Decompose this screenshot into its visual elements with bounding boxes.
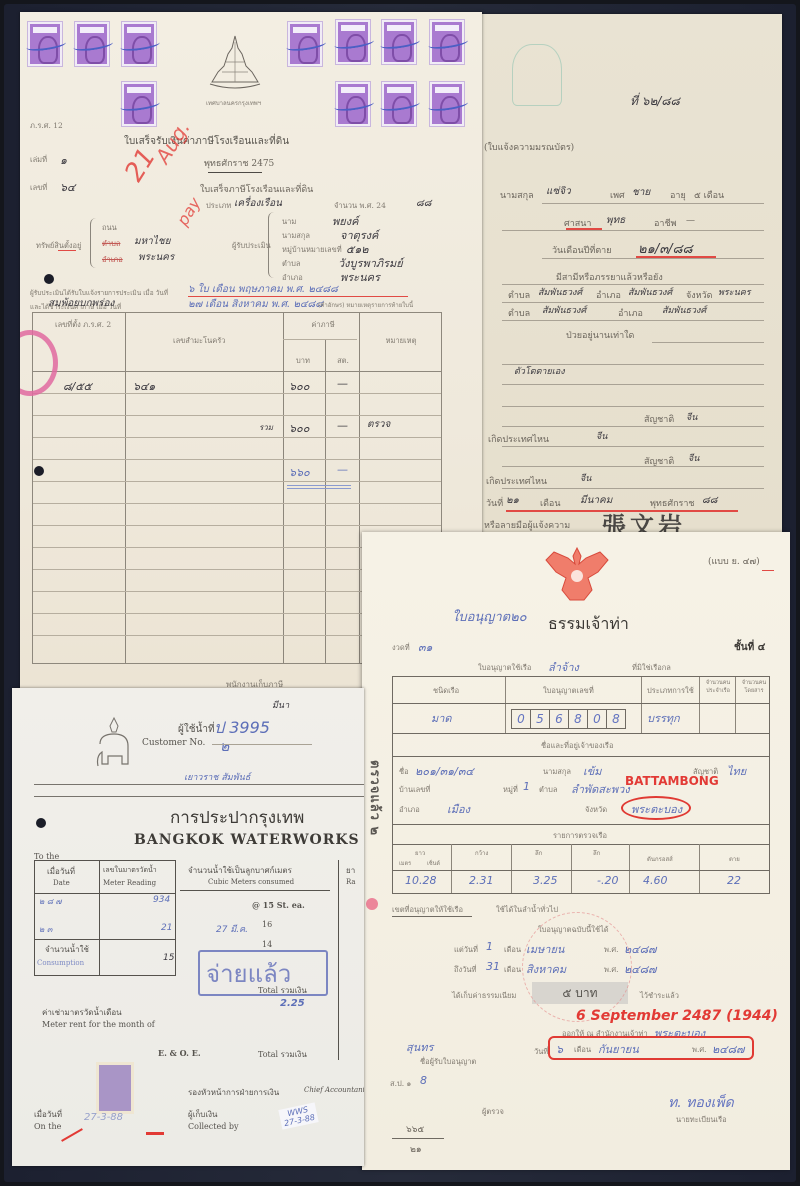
col-licence-no: ใบอนุญาตเลขที่ [543, 685, 594, 697]
licence-digit: 5 [530, 709, 550, 729]
form-line [502, 426, 764, 427]
licence-digit: 0 [587, 709, 607, 729]
use-type-value: บรรทุก [647, 709, 680, 727]
signature-label: หรือลายมือผู้แจ้งความ [484, 518, 570, 532]
category-label: ประเภท [206, 200, 231, 212]
age-value: ๕ เดือน [694, 188, 724, 202]
class-label: ชั้นที่ ๔ [734, 640, 765, 655]
issue-month: กันยายน [598, 1040, 639, 1058]
row-ref: ๘/๕๕ [63, 377, 92, 395]
collector-label-th: ผู้เก็บเงิน [188, 1108, 217, 1121]
col-meter-en: Meter Reading [103, 879, 156, 887]
column-divider [125, 313, 126, 663]
row-satang: — [337, 377, 348, 390]
officer-label: นายทะเบียนเรือ [676, 1114, 727, 1126]
owner-section: ชื่อและที่อยู่เจ้าของเรือ ชื่อ ๒๐๑/๓๑/๓๔… [392, 734, 770, 894]
postage-stamp [96, 1062, 134, 1114]
column-divider [283, 313, 284, 663]
col-meter-th: เลขในมาตรวัดน้ำ [103, 865, 157, 876]
total2-label: Total รวมเงิน [258, 1048, 307, 1061]
section-divider [393, 844, 769, 845]
revenue-stamp [75, 22, 109, 66]
owner-tambon-label: ตำบล [539, 784, 557, 796]
total-label-th: รวมเงิน [281, 986, 307, 995]
row-total-label: รวม [259, 421, 273, 434]
chief-accountant-th: รองหัวหน้าการฝ่ายการเงิน [188, 1086, 279, 1099]
age-label: อายุ [670, 188, 686, 202]
row-divider [33, 481, 441, 482]
nationality-value: จีน [688, 451, 699, 465]
holder-signature: สุนทร [406, 1038, 433, 1056]
form-line [542, 258, 764, 259]
rate-line: @ 15 St. ea. [252, 900, 305, 910]
year-underline [208, 172, 262, 173]
divider [34, 784, 364, 785]
red-annotation-date: 6 September 2487 (1944) [576, 1008, 778, 1024]
document-title: ใบเสร็จรับเงินค่าภาษีโรงเรือนและที่ดิน [124, 134, 289, 149]
form-line [502, 406, 764, 407]
row-total-baht: ๖๐๐ [289, 419, 309, 437]
class-value: ๔ [758, 642, 766, 653]
licence-number-boxes: 056808 [511, 708, 625, 729]
officer-signature: ท. ทองเพ็ด [668, 1092, 734, 1114]
amphoe-value: สัมพันธวงศ์ [662, 303, 706, 317]
col-crew: จำนวนคนประจำเรือ [701, 679, 735, 695]
reading-date: ๒ ๘ ๗ [39, 895, 62, 908]
payer-amphoe-value: พระนคร [340, 268, 380, 286]
number-label: เลขที่ [30, 182, 47, 194]
to-month-label: เดือน [504, 964, 521, 976]
col-rate-th: ยา [346, 864, 355, 877]
column-divider [359, 313, 360, 663]
col-width: กว้าง [475, 848, 488, 858]
section-divider [393, 870, 769, 871]
form-line [502, 384, 764, 385]
pink-ink-mark [366, 898, 378, 910]
payer-tambon-label: ตำบล [282, 258, 300, 270]
fee-suffix: ไว้ชำระแล้ว [640, 990, 679, 1002]
to-day: 31 [486, 960, 500, 973]
fee-label: ได้เก็บค่าธรรมเนียม [452, 990, 516, 1002]
licence-digit: 8 [606, 709, 626, 729]
from-label: แต่วันที่ [454, 944, 478, 956]
province-value: พระนคร [718, 285, 751, 299]
owner-house-label: บ้านเลขที่ [399, 784, 430, 796]
licence-digit: 8 [568, 709, 588, 729]
consumption-value: 15 [163, 953, 174, 963]
column-header-tax: ค่าภาษี [311, 319, 334, 331]
column-divider [325, 339, 326, 663]
inspector-label: ผู้ตรวจ [482, 1106, 504, 1118]
date-label-en: On the [34, 1122, 61, 1131]
elephant-emblem-icon [94, 716, 134, 774]
department-title: ธรรมเจ้าท่า [548, 612, 629, 637]
notice-date-value: ๖ ใบ เดือน พฤษภาคม พ.ศ. ๒๔๘๘ [188, 282, 338, 297]
total2-label-th: รวมเงิน [281, 1050, 307, 1059]
consumption-label-en: Consumption [37, 959, 84, 967]
col-use-type: ประเภทการใช้ [647, 685, 694, 697]
total-value: 2.25 [280, 998, 305, 1009]
title-thai: การประปากรุงเทพ [170, 804, 304, 831]
seal-caption: เทศบาลนครกรุงเทพฯ [206, 98, 261, 108]
print-note: (คำอักษร) หมายเหตุรายการท้ายใบนี้ [318, 300, 413, 310]
punch-hole [34, 466, 44, 476]
birth-country-label: เกิดประเทศไหน [488, 432, 549, 446]
year-line: พุทธศักราช 2475 [204, 156, 274, 170]
vertical-side-stamp: ตรวจแล้ว ๒ [364, 760, 385, 836]
issue-date-label: วันที่ [534, 1046, 548, 1058]
meter-rent-en: Meter rent for the month of [42, 1020, 155, 1029]
owner-amphoe-label: อำเภอ [399, 804, 420, 816]
col-date-en: Date [53, 879, 70, 887]
date-year-value: ๘๘ [702, 493, 717, 508]
religion-value: พุทธ [606, 213, 625, 228]
col-dead: ตาย [729, 854, 740, 864]
customer-note: ๒ [220, 736, 229, 758]
amphoe-label: อำเภอ [618, 306, 643, 320]
red-annotation-note: pay [173, 194, 205, 229]
permit-suffix: ที่มิใช่เรือกล [632, 662, 671, 674]
form-line [502, 230, 764, 231]
measure-draft: -.20 [597, 874, 618, 887]
form-code: (แบบ ย. ๔๗) [708, 554, 760, 568]
double-underline [287, 485, 351, 486]
collector-label-en: Collected by [188, 1122, 239, 1131]
red-underline [58, 250, 76, 251]
chief-accountant-en: Chief Accountant [304, 1086, 364, 1094]
reference-note: ที่ ๖๒/๘๘ [630, 92, 680, 111]
total-label-en: Total [258, 986, 278, 995]
double-underline [287, 488, 351, 489]
total-label: Total รวมเงิน [258, 984, 307, 997]
tax-year-label: จำนวน พ.ศ. 24 [334, 200, 386, 212]
revenue-stamp [430, 82, 464, 126]
illness-duration-label: ป่วยอยู่นานเท่าใด [566, 328, 634, 342]
tax-year-value: ๘๘ [416, 196, 431, 211]
customer-label-en: Customer No. [142, 738, 205, 748]
owner-tambon-value: ลำพัดสะพวง [571, 780, 630, 798]
licence-digit: 6 [549, 709, 569, 729]
unit-cm: เซ็นต์ [427, 860, 440, 868]
series-label: งวดที่ [392, 642, 410, 654]
column-divider [699, 844, 700, 893]
fraction-line [392, 1138, 444, 1139]
revenue-stamp [336, 82, 370, 126]
eoe-label: E. & O. E. [158, 1048, 201, 1058]
row-divider [35, 939, 175, 940]
issue-day: ๖ [556, 1040, 563, 1058]
col-gross-ton: ดันกรอสส์ [647, 854, 673, 864]
permit-label: ใบอนุญาตใช้เรือ [478, 662, 531, 674]
row-grand-baht: ๖๖๐ [289, 463, 310, 481]
customer-label-th: ผู้ใช้น้ำที่ [178, 722, 215, 737]
column-divider [699, 677, 700, 733]
payer-label: ผู้รับประเมิน [232, 240, 271, 252]
section-divider [393, 756, 769, 757]
revenue-stamp [430, 20, 464, 64]
row-divider [33, 459, 441, 460]
measure-length: 10.28 [405, 874, 437, 887]
tambon-value: มหาไชย [134, 234, 170, 249]
reading-value: 934 [153, 895, 170, 905]
meter-rent-th: ค่าเช่ามาตรวัดน้ำเดือน [42, 1006, 122, 1019]
province-label: จังหวัด [686, 288, 713, 302]
readings-table: เมื่อวันที่ Date เลขในมาตรวัดน้ำ Meter R… [34, 860, 176, 976]
amphoe-value: พระนคร [138, 250, 174, 265]
header-divider [393, 703, 769, 704]
title-english: BANGKOK WATERWORKS [134, 832, 360, 848]
code-label: ส.ป. ๑ [390, 1078, 411, 1090]
row-divider [33, 415, 441, 416]
consumption-label-th: จำนวนน้ำใช้ [45, 943, 89, 956]
column-divider [505, 677, 506, 733]
owner-moo-label: หมู่ที่ [503, 784, 518, 796]
col-rate-en: Ra [346, 878, 356, 886]
revenue-stamp [122, 82, 156, 126]
collector-sticker: WWS 27-3-88 [278, 1102, 319, 1129]
brace [90, 218, 98, 268]
number-value: ๖๔ [60, 178, 75, 196]
date-month-label: เดือน [540, 496, 560, 510]
valid-area-label: เขตที่อนุญาตให้ใช้เรือ [392, 904, 463, 916]
watermark-seal-icon [512, 44, 562, 106]
revenue-stamp [28, 22, 62, 66]
measure-dead: 22 [727, 874, 741, 887]
from-month-label: เดือน [504, 944, 521, 956]
book-no-value: ๑ [60, 151, 67, 169]
nationality-label: สัญชาติ [644, 412, 674, 426]
column-header-satang: สต. [337, 355, 349, 367]
column-header-census: เลขสำมะโนครัว [173, 335, 225, 347]
series-value: ๓๑ [418, 638, 433, 656]
row-note-check: ตรวจ [367, 417, 390, 432]
row-total-satang: — [337, 419, 348, 432]
header-divider [180, 890, 330, 891]
fraction-bottom: ๒๑ [410, 1142, 422, 1156]
rate-line: 14 [262, 940, 272, 949]
owner-name-label: ชื่อ [399, 766, 409, 778]
birth-country-value: จีน [580, 471, 591, 485]
owner-amphoe-value: เมือง [447, 800, 470, 818]
licence-header-table: ชนิดเรือ ใบอนุญาตเลขที่ ประเภทการใช้ จำน… [392, 676, 770, 734]
tambon-value: สัมพันธวงศ์ [542, 303, 586, 317]
licence-digit: 0 [511, 709, 531, 729]
revenue-stamp [122, 22, 156, 66]
red-dash-mark [146, 1132, 164, 1135]
measure-gross-ton: 4.60 [643, 874, 668, 887]
valid-area-value: ใช้ได้ในลำน้ำทั่วไป [496, 904, 558, 916]
boat-type-value: มาด [431, 709, 452, 727]
section-divider [393, 824, 769, 825]
top-note: มีนา [272, 698, 289, 712]
column-divider [629, 844, 630, 893]
owner-province-value: พระตะบอง [631, 800, 682, 818]
col-cubic-th: จำนวนน้ำใช้เป็นลูกบาศก์เมตร [188, 864, 292, 877]
revenue-stamp [382, 82, 416, 126]
owner-province-label: จังหวัด [585, 804, 607, 816]
reading-date: ๒ ๓ [39, 923, 52, 936]
red-arrow-icon [61, 1128, 83, 1142]
header-divider [33, 371, 441, 372]
chinese-signature: 張文岩 [602, 506, 686, 534]
column-divider [451, 844, 452, 893]
from-day: 1 [486, 940, 493, 953]
sex-value: ชาย [632, 185, 650, 200]
road-label: ถนน [102, 222, 117, 234]
amphoe-label: อำเภอ [102, 254, 123, 266]
form-code: ภ.ร.ศ. 12 [30, 120, 63, 132]
column-divider [571, 844, 572, 893]
col-cubic-en: Cubic Meters consumed [208, 878, 294, 886]
row-divider [33, 437, 441, 438]
column-divider [735, 677, 736, 733]
red-annotation-province: BATTAMBONG [625, 774, 719, 788]
fraction-top: ๖๖๕ [406, 1122, 424, 1136]
measure-width: 2.31 [469, 874, 494, 887]
birth-country-value: จีน [596, 429, 607, 443]
permit-value: ลำจ้าง [548, 658, 579, 676]
row-divider [33, 525, 441, 526]
col-depth: ลึก [535, 848, 542, 858]
amphoe-value: สัมพันธวงศ์ [628, 285, 672, 299]
column-header-ref: เลขที่ตั้ง ภ.ร.ศ. 2 [55, 319, 111, 331]
garuda-emblem-icon [542, 546, 612, 606]
birth-country-label: เกิดประเทศไหน [486, 474, 547, 488]
column-divider [338, 860, 339, 1060]
issue-year-label: พ.ศ. [692, 1044, 706, 1056]
column-divider [641, 677, 642, 733]
nationality-value: จีน [686, 410, 697, 424]
punch-hole [44, 274, 54, 284]
col-draft: ลึก [593, 848, 600, 858]
owner-moo-value: 1 [523, 780, 530, 793]
to-label: ถึงวันที่ [454, 964, 477, 976]
tambon-value: สัมพันธวงศ์ [538, 285, 582, 299]
total2-label-en: Total [258, 1050, 278, 1059]
col-passengers: จำนวนคนโดยสาร [737, 679, 771, 695]
amphoe-label: อำเภอ [596, 288, 621, 302]
reading-value: 21 [161, 923, 172, 933]
owner-surname-label: นามสกุล [543, 766, 571, 778]
handwritten-header: ใบอนุญาต๒๐ [452, 606, 527, 627]
col-length: ยาว [415, 848, 425, 858]
unit-meter: เมตร [399, 860, 411, 868]
subtitle: ใบเสร็จภาษีโรงเรือนและที่ดิน [200, 182, 313, 196]
date-label-th: เมื่อวันที่ [34, 1108, 62, 1121]
revenue-stamp [288, 22, 322, 66]
form-line [502, 488, 764, 489]
sex-label: เพศ [610, 188, 625, 202]
form-line [502, 466, 764, 467]
class-label-text: ชั้นที่ [734, 642, 754, 653]
column-header-baht: บาท [296, 355, 310, 367]
marital-label: มีสามีหรือภรรยาแล้วหรือยัง [556, 270, 663, 284]
collector-signature: สมพ้อยบกพร่อง [48, 296, 114, 311]
subheader-divider [283, 339, 357, 340]
brace [268, 212, 276, 278]
column-header-note: หมายเหตุ [386, 335, 417, 347]
revenue-stamp [382, 20, 416, 64]
row-divider [33, 393, 441, 394]
owner-surname-value: เข้ม [583, 762, 602, 780]
col-boat-type: ชนิดเรือ [433, 685, 459, 697]
book-no-label: เล่มที่ [30, 154, 47, 166]
column-divider [99, 861, 100, 975]
column-divider [511, 844, 512, 893]
payer-surname-label: นามสกุล [282, 230, 310, 242]
cause-value: ตัวโตตายเอง [514, 364, 565, 378]
boat-licence-document: (แบบ ย. ๔๗) ใบอนุญาต๒๐ ธรรมเจ้าท่า งวดที… [362, 532, 790, 1170]
payer-name-label: นาม [282, 216, 296, 228]
form-line [542, 203, 764, 204]
col-date-th: เมื่อวันที่ [47, 865, 75, 878]
issue-year: ๒๔๘๗ [712, 1040, 744, 1058]
tambon-label: ตำบล [508, 288, 530, 302]
punch-hole [36, 818, 46, 828]
owner-name-value: ๒๐๑/๓๑/๓๔ [415, 762, 474, 780]
payment-date-value: ๒๗ เดือน สิงหาคม พ.ศ. ๒๔๘๘ [188, 297, 323, 312]
revenue-stamp [336, 20, 370, 64]
form-line [502, 320, 764, 321]
tambon-label: ตำบล [508, 306, 530, 320]
label-underline [392, 916, 472, 917]
row-baht: ๖๐๐ [289, 377, 309, 395]
occupation-label: อาชีพ [654, 216, 677, 230]
owner-section-title: ชื่อและที่อยู่เจ้าของเรือ [541, 740, 613, 752]
death-report-document: ที่ ๖๒/๘๘ (ใบแจ้งความมรณบัตร) นามสกุล แซ… [482, 14, 782, 534]
faint-red-seal [522, 912, 632, 1022]
row-divider [33, 503, 441, 504]
date-day-value: ๒๑ [506, 493, 519, 508]
rate-line: 16 [262, 920, 272, 929]
temple-seal-icon [202, 32, 268, 98]
form-line [652, 342, 764, 343]
date-value: 27-3-88 [84, 1112, 123, 1123]
issue-month-label: เดือน [574, 1044, 591, 1056]
red-tick [762, 570, 774, 571]
paid-stamp-date: 27 มี.ค. [216, 922, 248, 936]
waterworks-bill-document: ผู้ใช้น้ำที่ Customer No. ป 3995 ๒ เยาวร… [12, 688, 364, 1166]
payer-house-label: หมู่บ้านหมายเลขที่ [282, 244, 342, 256]
divider [34, 796, 364, 797]
measure-depth: 3.25 [533, 874, 558, 887]
document-title: (ใบแจ้งความมรณบัตร) [484, 140, 574, 154]
tambon-label: ตำบล [102, 238, 120, 250]
holder-label: ชื่อผู้รับใบอนุญาต [420, 1056, 476, 1068]
date-day-label: วันที่ [486, 496, 503, 510]
surname-label: นามสกุล [500, 188, 534, 202]
death-date-label: วันเดือนปีที่ตาย [552, 243, 612, 257]
row-census: ๖๔๑ [133, 377, 155, 395]
owner-nationality-value: ไทย [727, 762, 746, 780]
row-grand-satang: — [337, 463, 348, 476]
measure-section-title: รายการตรวจเรือ [553, 830, 607, 842]
code-value: 8 [420, 1074, 427, 1087]
category-value: เครื่องเรือน [234, 196, 282, 211]
customer-underline [212, 744, 312, 745]
district-note: เยาวราช สัมพันธ์ [184, 770, 250, 784]
occupation-value: — [686, 216, 695, 226]
form-line [502, 446, 764, 447]
surname-value: แซ่จิว [546, 184, 571, 199]
header-divider [35, 893, 175, 894]
